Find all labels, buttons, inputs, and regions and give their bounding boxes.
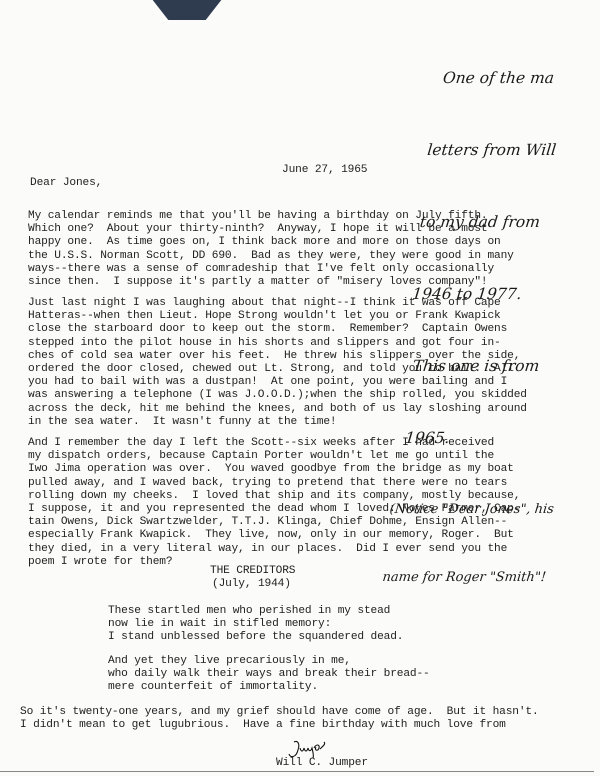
text-line: was answering a telephone (I was J.O.O.D… — [28, 389, 527, 402]
text-line: my dispatch orders, because Captain Port… — [28, 450, 520, 463]
text-line: rolling down my cheeks. I loved that shi… — [28, 490, 520, 503]
text-line: now lie in wait in stifled memory: — [108, 618, 403, 631]
text-line: ches of cold sea water over his feet. He… — [28, 350, 527, 363]
text-line: the U.S.S. Norman Scott, DD 690. Bad as … — [28, 250, 514, 263]
text-line: who daily walk their ways and break thei… — [108, 668, 430, 681]
text-line: especially Frank Kwapick. They live, now… — [28, 529, 520, 542]
text-line: My calendar reminds me that you'll be ha… — [28, 210, 514, 223]
text-line: they died, in a very literal way, in our… — [28, 543, 520, 556]
text-line: So it's twenty-one years, and my grief s… — [20, 706, 539, 719]
text-line: Hatteras--when then Lieut. Hope Strong w… — [28, 310, 527, 323]
poem-date: (July, 1944) — [212, 578, 291, 591]
text-line: stepped into the pilot house in his shor… — [28, 337, 527, 350]
text-line: happy one. As time goes on, I think back… — [28, 236, 514, 249]
text-line: Just last night I was laughing about tha… — [28, 297, 527, 310]
text-line: Which one? About your thirty-ninth? Anyw… — [28, 223, 514, 236]
text-line: I suppose, it and you represented the de… — [28, 503, 520, 516]
letterhead-logo — [148, 0, 226, 20]
paragraph-1: My calendar reminds me that you'll be ha… — [28, 210, 514, 289]
text-line: ways--there was a sense of comradeship t… — [28, 263, 514, 276]
signer-name: Will C. Jumper — [276, 757, 368, 770]
letter-date: June 27, 1965 — [282, 164, 367, 177]
text-line: And I remember the day I left the Scott-… — [28, 437, 520, 450]
note-line: letters from Will — [426, 138, 600, 162]
note-line: One of the ma — [434, 66, 600, 90]
text-line: pulled away, and I waved back, trying to… — [28, 477, 520, 490]
paragraph-2: Just last night I was laughing about tha… — [28, 297, 527, 429]
text-line: Iwo Jima operation was over. You waved g… — [28, 463, 520, 476]
text-line: you had to bail with was a dustpan! At o… — [28, 376, 527, 389]
text-line: I stand unblessed before the squandered … — [108, 631, 403, 644]
text-line: across the deck, hit me behind the knees… — [28, 403, 527, 416]
poem-title: THE CREDITORS — [210, 565, 295, 578]
poem-stanza-2: And yet they live precariously in me,who… — [108, 655, 430, 695]
text-line: tain Owens, Dick Swartzwelder, T.T.J. Kl… — [28, 516, 520, 529]
bottom-rule — [0, 771, 594, 772]
text-line: ordered the door closed, chewed out Lt. … — [28, 363, 527, 376]
note-line: name for Roger "Smith"! — [381, 566, 584, 590]
poem-stanza-1: These startled men who perished in my st… — [108, 605, 403, 645]
text-line: close the starboard door to keep out the… — [28, 323, 527, 336]
paragraph-3: And I remember the day I left the Scott-… — [28, 437, 520, 569]
text-line: And yet they live precariously in me, — [108, 655, 430, 668]
salutation: Dear Jones, — [30, 177, 102, 190]
text-line: since then. I suppose it's partly a matt… — [28, 276, 514, 289]
text-line: in the sea water. It wasn't funny at the… — [28, 416, 527, 429]
text-line: I didn't mean to get lugubrious. Have a … — [20, 719, 539, 732]
paragraph-4: So it's twenty-one years, and my grief s… — [20, 706, 539, 732]
text-line: These startled men who perished in my st… — [108, 605, 403, 618]
text-line: mere counterfeit of immortality. — [108, 681, 430, 694]
